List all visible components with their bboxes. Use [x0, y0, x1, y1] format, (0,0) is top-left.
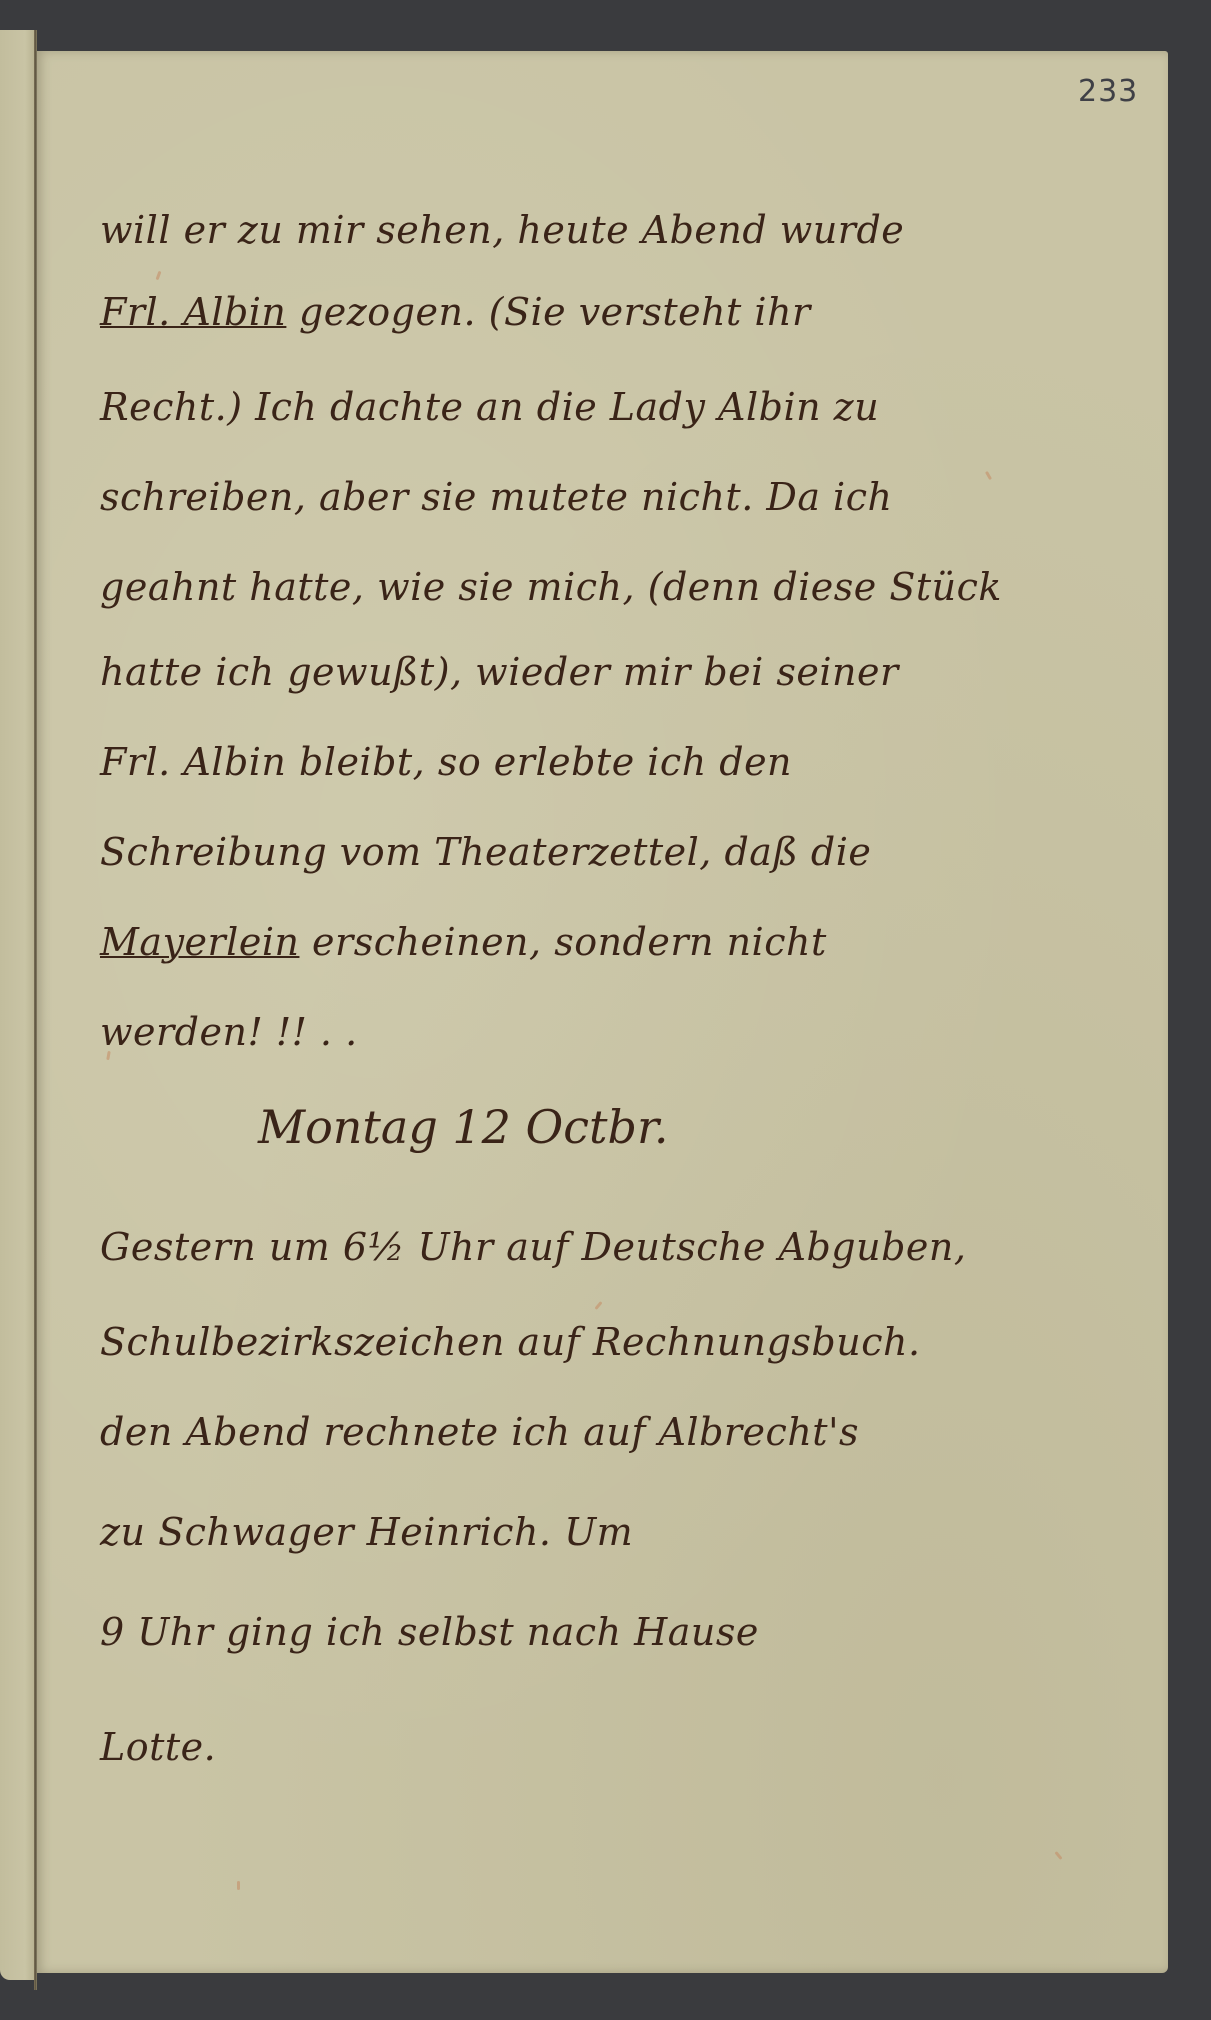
facing-page-edge — [0, 30, 36, 1980]
line-text: erscheinen, sondern nicht — [299, 920, 826, 964]
manuscript-line-3: Recht.) Ich dachte an die Lady Albin zu — [100, 385, 879, 429]
entry-date-heading: Montag 12 Octbr. — [258, 1100, 669, 1154]
paper-fleck — [1054, 1851, 1062, 1860]
entry-line-5: 9 Uhr ging ich selbst nach Hause — [100, 1610, 759, 1654]
entry-line-6: Lotte. — [100, 1725, 216, 1769]
entry-line-2: Schulbezirkszeichen auf Rechnungsbuch. — [100, 1320, 921, 1364]
manuscript-line-2: Frl. Albin gezogen. (Sie versteht ihr — [100, 290, 811, 334]
line-text: gezogen. (Sie versteht ihr — [286, 290, 810, 334]
underlined-name: Mayerlein — [100, 920, 299, 964]
entry-line-3: den Abend rechnete ich auf Albrecht's — [100, 1410, 859, 1454]
page-number: 233 — [1078, 74, 1138, 109]
entry-line-1: Gestern um 6½ Uhr auf Deutsche Abguben, — [100, 1225, 966, 1269]
paper-fleck — [985, 471, 992, 480]
manuscript-line-10: werden! !! . . — [100, 1010, 358, 1054]
paper-fleck — [156, 271, 162, 280]
paper-fleck — [594, 1301, 602, 1310]
manuscript-line-9: Mayerlein erscheinen, sondern nicht — [100, 920, 827, 964]
paper-fleck — [237, 1881, 240, 1890]
manuscript-line-5: geahnt hatte, wie sie mich, (denn diese … — [100, 565, 1002, 609]
manuscript-line-8: Schreibung vom Theaterzettel, daß die — [100, 830, 871, 874]
underlined-name: Frl. Albin — [100, 290, 286, 334]
entry-line-4: zu Schwager Heinrich. Um — [100, 1510, 633, 1554]
manuscript-line-6: hatte ich gewußt), wieder mir bei seiner — [100, 650, 899, 694]
manuscript-line-7: Frl. Albin bleibt, so erlebte ich den — [100, 740, 792, 784]
manuscript-line-4: schreiben, aber sie mutete nicht. Da ich — [100, 475, 892, 519]
manuscript-line-1: will er zu mir sehen, heute Abend wurde — [100, 208, 904, 252]
